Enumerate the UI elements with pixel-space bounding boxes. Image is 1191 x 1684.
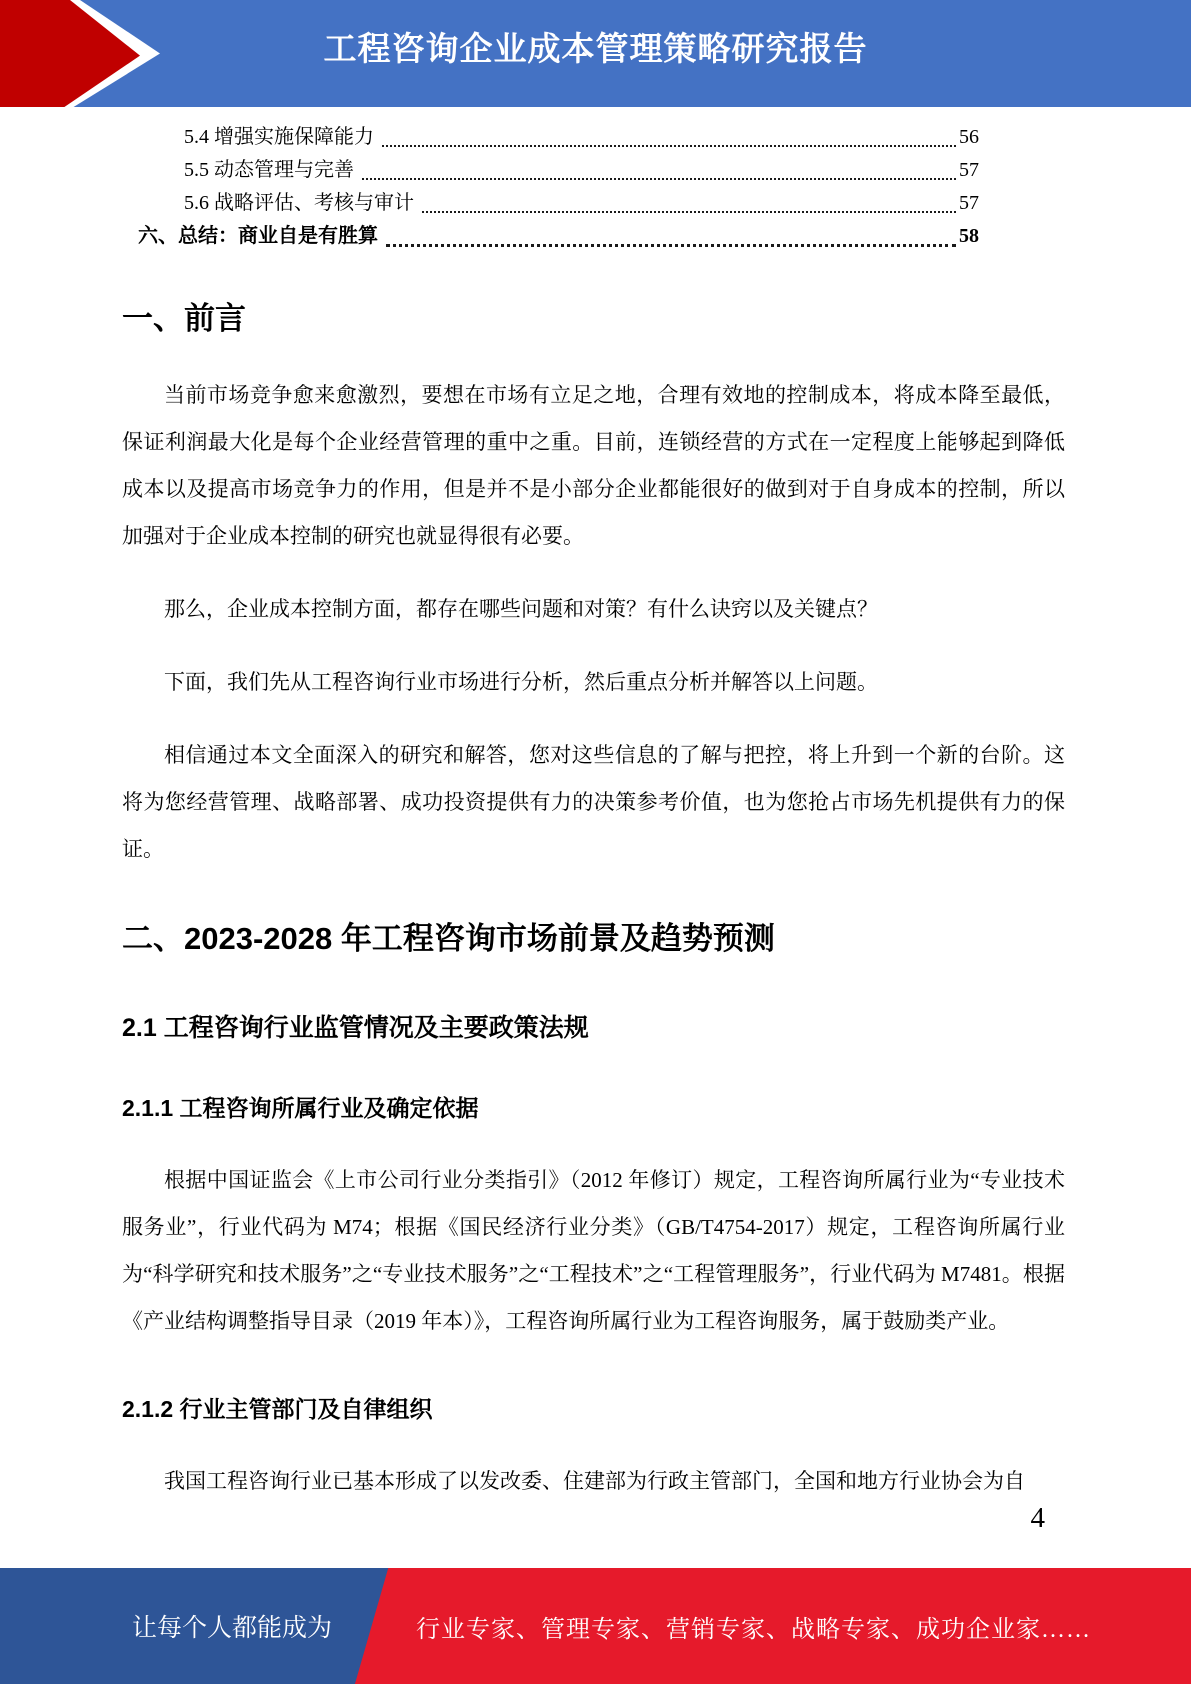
toc-entry[interactable]: 六、总结：商业自是有胜算 58 <box>122 220 979 253</box>
page-footer: 让每个人都能成为 行业专家、管理专家、营销专家、战略专家、成功企业家…… <box>0 1568 1191 1684</box>
paragraph: 当前市场竞争愈来愈激烈，要想在市场有立足之地，合理有效地的控制成本，将成本降至最… <box>122 372 1065 560</box>
heading-market-forecast: 二、2023-2028 年工程咨询市场前景及趋势预测 <box>122 913 1065 958</box>
paragraph: 下面，我们先从工程咨询行业市场进行分析，然后重点分析并解答以上问题。 <box>122 659 1065 706</box>
toc-page-number: 57 <box>959 187 979 220</box>
toc-page-number: 58 <box>959 220 979 253</box>
page-body: 5.4 增强实施保障能力 56 5.5 动态管理与完善 57 5.6 战略评估、… <box>0 121 1191 1505</box>
report-header: 工程咨询企业成本管理策略研究报告 <box>0 0 1191 107</box>
toc-page-number: 56 <box>959 121 979 154</box>
paragraph: 那么，企业成本控制方面，都存在哪些问题和对策？有什么诀窍以及关键点？ <box>122 586 1065 633</box>
toc-entry[interactable]: 5.6 战略评估、考核与审计 57 <box>122 187 979 220</box>
toc-entry-label: 5.6 战略评估、考核与审计 <box>184 187 414 220</box>
page-number: 4 <box>1031 1502 1046 1535</box>
toc-entry-label: 六、总结：商业自是有胜算 <box>138 220 378 253</box>
report-title: 工程咨询企业成本管理策略研究报告 <box>0 0 1191 93</box>
toc-dot-leader <box>422 211 956 213</box>
toc-entry[interactable]: 5.5 动态管理与完善 57 <box>122 154 979 187</box>
footer-slogan-right: 行业专家、管理专家、营销专家、战略专家、成功企业家…… <box>416 1568 1191 1684</box>
toc-dot-leader <box>382 145 956 147</box>
toc-page-number: 57 <box>959 154 979 187</box>
footer-slogan-left: 让每个人都能成为 <box>0 1568 332 1684</box>
toc-entry-label: 5.4 增强实施保障能力 <box>184 121 374 154</box>
toc-dot-leader <box>362 178 956 180</box>
heading-industry-classification: 2.1.1 工程咨询所属行业及确定依据 <box>122 1090 1065 1123</box>
document-page: 工程咨询企业成本管理策略研究报告 5.4 增强实施保障能力 56 5.5 动态管… <box>0 0 1191 1684</box>
table-of-contents: 5.4 增强实施保障能力 56 5.5 动态管理与完善 57 5.6 战略评估、… <box>122 121 1065 253</box>
toc-dot-leader <box>386 244 956 247</box>
paragraph: 相信通过本文全面深入的研究和解答，您对这些信息的了解与把控，将上升到一个新的台阶… <box>122 732 1065 873</box>
heading-preface: 一、前言 <box>122 293 1065 338</box>
heading-regulation: 2.1 工程咨询行业监管情况及主要政策法规 <box>122 1008 1065 1044</box>
toc-entry[interactable]: 5.4 增强实施保障能力 56 <box>122 121 979 154</box>
paragraph: 我国工程咨询行业已基本形成了以发改委、住建部为行政主管部门，全国和地方行业协会为… <box>122 1458 1065 1505</box>
paragraph: 根据中国证监会《上市公司行业分类指引》（2012 年修订）规定，工程咨询所属行业… <box>122 1157 1065 1345</box>
toc-entry-label: 5.5 动态管理与完善 <box>184 154 354 187</box>
heading-authority: 2.1.2 行业主管部门及自律组织 <box>122 1391 1065 1424</box>
